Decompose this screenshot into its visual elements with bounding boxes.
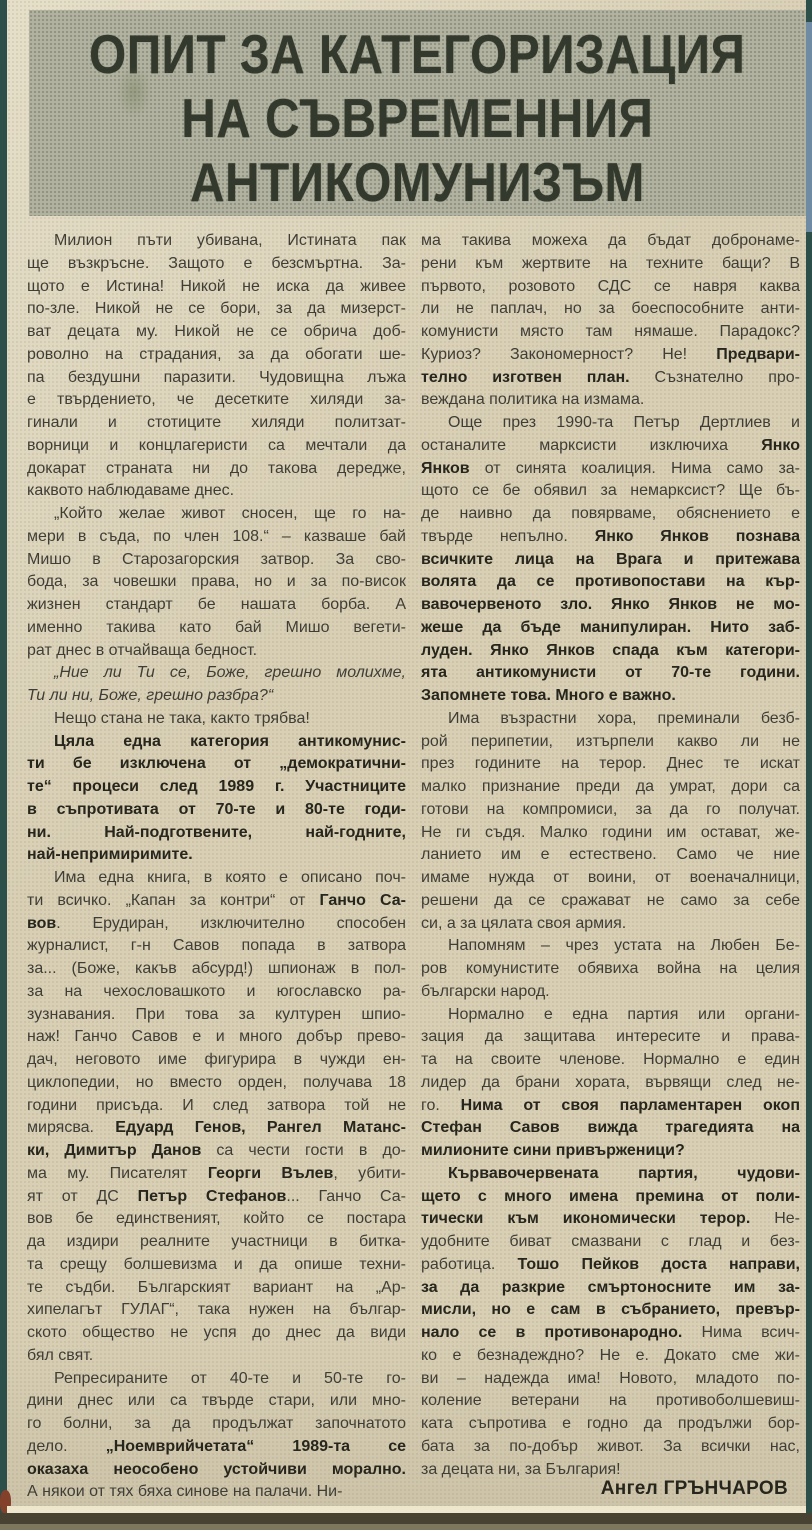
text-line: Нещо стана не така, както трябва! bbox=[27, 708, 406, 731]
text-line: първото, розовото СДС се навря каква bbox=[421, 276, 800, 299]
headline-line-2: НА СЪВРЕМЕННИЯ bbox=[181, 86, 653, 150]
text-line: твърде непълно. Янко Янков познава bbox=[421, 526, 800, 549]
text-line: те“ процеси след 1989 г. Участниците bbox=[27, 776, 406, 799]
text-line: мирясва. Едуард Генов, Рангел Матанс- bbox=[27, 1117, 406, 1140]
text-line: комунисти място там нямаше. Парадокс? bbox=[421, 321, 800, 344]
text-run: ят от ДС bbox=[27, 1188, 138, 1205]
emphasized-text-run: мисли, но е сам в събранието, превър- bbox=[421, 1301, 800, 1318]
text-line: останалите марксисти изключиха Янко bbox=[421, 435, 800, 458]
text-run: дело. bbox=[27, 1438, 106, 1455]
text-line: решени да се сражават не само за себе bbox=[421, 890, 800, 913]
text-line: веждана политика на измама. bbox=[421, 389, 800, 412]
article-column-right: ма такива можеха да бъдат добронаме-рени… bbox=[421, 230, 800, 1504]
text-run: за децата ни, за България! bbox=[421, 1461, 621, 1478]
text-line: Янков от синята коалиция. Нима само за- bbox=[421, 458, 800, 481]
adjacent-clipping-band bbox=[0, 1513, 812, 1524]
text-run: Не ги съдя. Малко години им остават, же- bbox=[421, 824, 800, 841]
text-line: мисли, но е сам в събранието, превър- bbox=[421, 1299, 800, 1322]
adjacent-clipping-band-light bbox=[0, 1524, 812, 1530]
text-run: вов бе единственият, който се постара bbox=[27, 1210, 406, 1227]
emphasized-text-run: Цяла една категория антикомунис- bbox=[54, 733, 406, 750]
text-line: дело. „Ноемврийчетата“ 1989-та се bbox=[27, 1436, 406, 1459]
text-line: па бездушни паразити. Чудовищна лъжа bbox=[27, 367, 406, 390]
text-run: останалите марксисти изключиха bbox=[421, 437, 761, 454]
text-run: лидер да брани хората, вървящи след не- bbox=[421, 1074, 800, 1091]
text-run: през годините на терор. Днес те искат bbox=[421, 755, 800, 772]
text-run: ви – надежда има! Новото, младото по- bbox=[421, 1370, 800, 1387]
text-line: бял свят. bbox=[27, 1345, 406, 1368]
text-line: де наивно да повярваме, обяснението е bbox=[421, 503, 800, 526]
text-line: щото се бе обявил за немарксист? Ще бъ- bbox=[421, 480, 800, 503]
text-line: рат днес в отчайваща бедност. bbox=[27, 640, 406, 663]
text-line: имаме нужда от воини, от военачалници, bbox=[421, 867, 800, 890]
emphasized-text-run: нало се в противонародно. bbox=[421, 1324, 702, 1341]
text-run: Напомням – чрез устата на Любен Бе- bbox=[448, 937, 800, 954]
text-line: ват децата му. Никой не се обрича доб- bbox=[27, 321, 406, 344]
text-line: рени към жертвите на техните бащи? В bbox=[421, 253, 800, 276]
text-run: ма му. Писателят bbox=[27, 1165, 208, 1182]
text-line: роволно на страдания, за да обогати ше- bbox=[27, 344, 406, 367]
ink-smudge bbox=[117, 66, 151, 118]
text-run: бода, за човешки права, но и за по-висок bbox=[27, 573, 406, 590]
text-run: , убити- bbox=[333, 1165, 406, 1182]
text-run: ват децата му. Никой не се обрича доб- bbox=[27, 323, 406, 340]
emphasized-text-run: Предвари- bbox=[716, 346, 800, 363]
text-line: Напомням – чрез устата на Любен Бе- bbox=[421, 935, 800, 958]
text-line: дач, неговото име фигурира в чужди ен- bbox=[27, 1049, 406, 1072]
text-line: Кървавочервената партия, чудови- bbox=[421, 1163, 800, 1186]
text-run: па бездушни паразити. Чудовищна лъжа bbox=[27, 369, 406, 386]
text-line: мери в съда, по член 108.“ – казваше бай bbox=[27, 526, 406, 549]
text-run: бата за по-добър живот. За всички нас, bbox=[421, 1438, 800, 1455]
text-run: „Ние ли Ти се, Боже, грешно молихме, bbox=[54, 664, 406, 681]
text-line: да издири реалните участници в битка- bbox=[27, 1231, 406, 1254]
emphasized-text-run: те“ процеси след 1989 г. Участниците bbox=[27, 778, 406, 795]
text-run: ли не паплач, но за боеспособните анти- bbox=[421, 300, 800, 317]
text-run: удобните биват смазвани с глад и без- bbox=[421, 1233, 800, 1250]
text-run: ланието им е естествено. Само че ние bbox=[421, 846, 800, 863]
text-line: Ти ли ни, Боже, грешно разбра?“ bbox=[27, 685, 406, 708]
text-run: ти всичко. „Капан за контри“ от bbox=[27, 892, 319, 909]
emphasized-text-run: Стефан Савов вижда трагедията на bbox=[421, 1119, 800, 1136]
text-run: ката съпротива е годно да продължи бор- bbox=[421, 1415, 800, 1432]
text-run: рат днес в отчайваща бедност. bbox=[27, 642, 257, 659]
text-line: по-зле. Никой не се бори, за да мизерст- bbox=[27, 298, 406, 321]
text-run: ворници и концлагеристи са мечтали да bbox=[27, 437, 406, 454]
text-run: ... Ганчо Са- bbox=[286, 1188, 406, 1205]
text-line: Цяла една категория антикомунис- bbox=[27, 731, 406, 754]
text-line: работица. Тошо Пейков доста направи, bbox=[421, 1254, 800, 1277]
text-run: роволно на страдания, за да обогати ше- bbox=[27, 346, 406, 363]
text-line: нало се в противонародно. Нима всич- bbox=[421, 1322, 800, 1345]
emphasized-text-run: ята антикомунисти от 70-те години. bbox=[421, 664, 800, 681]
text-run: гинали и стотиците хиляди политзат- bbox=[27, 414, 406, 431]
text-run: Репресираните от 40-те и 50-те го- bbox=[54, 1370, 406, 1387]
text-run: „Който желае живот сносен, ще го на- bbox=[54, 505, 406, 522]
text-line: ворници и концлагеристи са мечтали да bbox=[27, 435, 406, 458]
text-line: именно такива като бай Мишо вегети- bbox=[27, 617, 406, 640]
text-line: рой перипетии, изтърпели какво ли не bbox=[421, 731, 800, 754]
text-line: Куриоз? Закономерност? Не! Предвари- bbox=[421, 344, 800, 367]
text-line: коление ветерани на противоболшевиш- bbox=[421, 1390, 800, 1413]
text-line: докарат страната ни до такова дередже, bbox=[27, 458, 406, 481]
text-run: ко е безнадеждно? Не е. Докато сме жи- bbox=[421, 1347, 800, 1364]
emphasized-text-run: в съпротивата от 70-те и 80-те годи- bbox=[27, 801, 406, 818]
text-run: дач, неговото име фигурира в чужди ен- bbox=[27, 1051, 406, 1068]
text-line: щото е Истина! Никой не иска да живее bbox=[27, 276, 406, 299]
text-line: А някои от тях бяха синове на палачи. Ни… bbox=[27, 1481, 406, 1504]
headline-line-1: ОПИТ ЗА КАТЕГОРИЗАЦИЯ bbox=[89, 22, 745, 86]
text-line: волята да се противопостави на кър- bbox=[421, 571, 800, 594]
text-line: телно изготвен план. Съзнателно про- bbox=[421, 367, 800, 390]
text-run: го болни, за да продължат започнатото bbox=[27, 1415, 406, 1432]
text-line: вов. Ерудиран, изключително способен bbox=[27, 913, 406, 936]
text-line: години присъда. И след затвора той не bbox=[27, 1095, 406, 1118]
text-run: бял свят. bbox=[27, 1347, 93, 1364]
text-line: ята антикомунисти от 70-те години. bbox=[421, 662, 800, 685]
text-run: веждана политика на измама. bbox=[421, 391, 644, 408]
emphasized-text-run: за да разкрие смъртоносните им за- bbox=[421, 1279, 800, 1296]
emphasized-text-run: ни. Най-подготвените, най-годните, bbox=[27, 824, 406, 841]
text-line: през годините на терор. Днес те искат bbox=[421, 753, 800, 776]
text-run: ма такива можеха да бъдат добронаме- bbox=[421, 232, 800, 249]
text-line: ма му. Писателят Георги Вълев, убити- bbox=[27, 1163, 406, 1186]
text-line: ров комунистите обявиха война на целия bbox=[421, 958, 800, 981]
text-line: „Ние ли Ти се, Боже, грешно молихме, bbox=[27, 662, 406, 685]
scan-background-edge bbox=[805, 22, 812, 232]
text-line: милионите сини привърженици? bbox=[421, 1140, 800, 1163]
text-run: Милион пъти убивана, Истината пак bbox=[54, 232, 406, 249]
text-run: ще възкръсне. Защото е безсмъртна. За- bbox=[27, 255, 406, 272]
emphasized-text-run: тически към икономически терор. bbox=[421, 1210, 774, 1227]
text-line: зузнавания. При това за културен шпио- bbox=[27, 1004, 406, 1027]
text-run: щото е Истина! Никой не иска да живее bbox=[27, 278, 406, 295]
text-line: български народ. bbox=[421, 981, 800, 1004]
text-run: от синята коалиция. Нима само за- bbox=[485, 460, 800, 477]
text-line: Милион пъти убивана, Истината пак bbox=[27, 230, 406, 253]
text-run: . Ерудиран, изключително способен bbox=[56, 915, 406, 932]
text-run: де наивно да повярваме, обяснението е bbox=[421, 505, 800, 522]
emphasized-text-run: всичките лица на Врага и притежава bbox=[421, 551, 800, 568]
text-run: Нещо стана не така, както трябва! bbox=[54, 710, 310, 727]
text-line: журналист, г-н Савов попада в затвора bbox=[27, 935, 406, 958]
text-run: щото се бе обявил за немарксист? Ще бъ- bbox=[421, 482, 800, 499]
text-run: за... (Боже, какъв абсурд!) шпионаж в по… bbox=[27, 960, 406, 977]
text-line: в съпротивата от 70-те и 80-те годи- bbox=[27, 799, 406, 822]
emphasized-text-run: Запомнете това. Много е важно. bbox=[421, 687, 676, 704]
text-line: го. Нима от своя парламентарен окоп bbox=[421, 1095, 800, 1118]
text-run: години присъда. И след затвора той не bbox=[27, 1097, 406, 1114]
text-line: ще възкръсне. Защото е безсмъртна. За- bbox=[27, 253, 406, 276]
emphasized-text-run: луден. Янко Янков спада към категори- bbox=[421, 642, 800, 659]
text-line: най-непримиримите. bbox=[27, 844, 406, 867]
text-run: журналист, г-н Савов попада в затвора bbox=[27, 937, 406, 954]
text-run: Има една книга, в която е описано поч- bbox=[54, 869, 406, 886]
text-line: оказаха неособено устойчиви морално. bbox=[27, 1459, 406, 1482]
text-line: бата за по-добър живот. За всички нас, bbox=[421, 1436, 800, 1459]
text-run: циклопедии, но вместо орден, получава 18 bbox=[27, 1074, 406, 1091]
text-line: бода, за човешки права, но и за по-висок bbox=[27, 571, 406, 594]
text-line: за да разкрие смъртоносните им за- bbox=[421, 1277, 800, 1300]
text-run: работица. bbox=[421, 1256, 518, 1273]
text-run: Мишо в Старозагорския затвор. За сво- bbox=[27, 551, 406, 568]
text-run: рой перипетии, изтърпели какво ли не bbox=[421, 733, 800, 750]
text-line: за... (Боже, какъв абсурд!) шпионаж в по… bbox=[27, 958, 406, 981]
text-run: хипелагът ГУЛАГ“, така нужен на българ- bbox=[27, 1301, 406, 1318]
text-line: дини днес или са твърде стари, или мно- bbox=[27, 1390, 406, 1413]
emphasized-text-run: волята да се противопостави на кър- bbox=[421, 573, 800, 590]
text-line: готови на компромиси, за да го получат. bbox=[421, 799, 800, 822]
text-run: малко признание преди да умрат, дори са bbox=[421, 778, 800, 795]
emphasized-text-run: телно изготвен план. bbox=[421, 369, 654, 386]
text-line: ни. Най-подготвените, най-годните, bbox=[27, 822, 406, 845]
text-line: Мишо в Старозагорския затвор. За сво- bbox=[27, 549, 406, 572]
text-run: имаме нужда от воини, от военачалници, bbox=[421, 869, 800, 886]
text-line: Запомнете това. Много е важно. bbox=[421, 685, 800, 708]
emphasized-text-run: Ганчо Са- bbox=[319, 892, 406, 909]
text-line: та на своите членове. Нормално е един bbox=[421, 1049, 800, 1072]
text-run: готови на компромиси, за да го получат. bbox=[421, 801, 800, 818]
text-line: Репресираните от 40-те и 50-те го- bbox=[27, 1368, 406, 1391]
text-line: тически към икономически терор. Не- bbox=[421, 1208, 800, 1231]
text-run: мирясва. bbox=[27, 1119, 115, 1136]
text-run: зузнавания. При това за културен шпио- bbox=[27, 1006, 406, 1023]
text-line: Не ги съдя. Малко години им остават, же- bbox=[421, 822, 800, 845]
text-run: Още през 1990-та Петър Дертлиев и bbox=[448, 414, 800, 431]
text-line: зация да защитава интересите и права- bbox=[421, 1026, 800, 1049]
text-line: ки, Димитър Данов са чести гости в до- bbox=[27, 1140, 406, 1163]
text-run: мери в съда, по член 108.“ – казваше бай bbox=[27, 528, 406, 545]
emphasized-text-run: Янко bbox=[761, 437, 800, 454]
text-run: А някои от тях бяха синове на палачи. Ни… bbox=[27, 1483, 342, 1500]
text-line: гинали и стотиците хиляди политзат- bbox=[27, 412, 406, 435]
article-body: Милион пъти убивана, Истината пакще възк… bbox=[27, 230, 800, 1504]
text-run: ското общество не успя до днес да види bbox=[27, 1324, 406, 1341]
text-run: рени към жертвите на техните бащи? В bbox=[421, 255, 800, 272]
text-line: за на чехословашкото и югославско ра- bbox=[27, 981, 406, 1004]
text-line: та срещу болшевизма и да опише техни- bbox=[27, 1254, 406, 1277]
text-run: Нормално е една партия или органи- bbox=[448, 1006, 800, 1023]
clipping-bottom-edge bbox=[7, 1506, 806, 1513]
text-line: ти бе изключена от „демократични- bbox=[27, 753, 406, 776]
text-run: Ти ли ни, Боже, грешно разбра?“ bbox=[27, 687, 273, 704]
text-run: та на своите членове. Нормално е един bbox=[421, 1051, 800, 1068]
text-line: малко признание преди да умрат, дори са bbox=[421, 776, 800, 799]
author-byline: Ангел ГРЪНЧАРОВ bbox=[601, 1478, 788, 1500]
text-run: коление ветерани на противоболшевиш- bbox=[421, 1392, 800, 1409]
headline-line-3: АНТИКОМУНИЗЪМ bbox=[190, 150, 645, 214]
text-line: вов бе единственият, който се постара bbox=[27, 1208, 406, 1231]
text-run: са чести гости в до- bbox=[216, 1142, 406, 1159]
text-line: вавочервеното зло. Янко Янков не мо- bbox=[421, 594, 800, 617]
emphasized-text-run: милионите сини привърженици? bbox=[421, 1142, 685, 1159]
emphasized-text-run: ти бе изключена от „демократични- bbox=[27, 755, 406, 772]
text-run: те съдби. Българският вариант на „Ар- bbox=[27, 1279, 406, 1296]
text-run: български народ. bbox=[421, 983, 550, 1000]
text-run: комунисти място там нямаше. Парадокс? bbox=[421, 323, 800, 340]
text-run: наж! Ганчо Савов е и много добър прево- bbox=[27, 1028, 406, 1045]
text-line: жизнен стандарт бе нашата борба. А bbox=[27, 594, 406, 617]
emphasized-text-run: Янков bbox=[421, 460, 485, 477]
text-line: Стефан Савов вижда трагедията на bbox=[421, 1117, 800, 1140]
text-run: зация да защитава интересите и права- bbox=[421, 1028, 800, 1045]
emphasized-text-run: щето с много имена премина от поли- bbox=[421, 1188, 800, 1205]
text-line: „Който желае живот сносен, ще го на- bbox=[27, 503, 406, 526]
text-run: да издири реалните участници в битка- bbox=[27, 1233, 406, 1250]
text-line: всичките лица на Врага и притежава bbox=[421, 549, 800, 572]
text-line: ко е безнадеждно? Не е. Докато сме жи- bbox=[421, 1345, 800, 1368]
text-run: си, а за цялата своя армия. bbox=[421, 915, 626, 932]
text-line: ят от ДС Петър Стефанов... Ганчо Са- bbox=[27, 1186, 406, 1209]
text-run: дини днес или са твърде стари, или мно- bbox=[27, 1392, 406, 1409]
text-line: циклопедии, но вместо орден, получава 18 bbox=[27, 1072, 406, 1095]
newspaper-clipping: ОПИТ ЗА КАТЕГОРИЗАЦИЯ НА СЪВРЕМЕННИЯ АНТ… bbox=[7, 0, 806, 1508]
text-run: каквото наблюдаваме днес. bbox=[27, 482, 234, 499]
text-line: удобните биват смазвани с глад и без- bbox=[421, 1231, 800, 1254]
text-run: Съзнателно про- bbox=[654, 369, 800, 386]
text-line: те съдби. Българският вариант на „Ар- bbox=[27, 1277, 406, 1300]
emphasized-text-run: Кървавочервената партия, чудови- bbox=[448, 1165, 800, 1182]
text-line: Има една книга, в която е описано поч- bbox=[27, 867, 406, 890]
text-run: докарат страната ни до такова дередже, bbox=[27, 460, 406, 477]
emphasized-text-run: ки, Димитър Данов bbox=[27, 1142, 216, 1159]
emphasized-text-run: Тошо Пейков доста направи, bbox=[518, 1256, 800, 1273]
text-line: е твърдението, че десетките хиляди за- bbox=[27, 389, 406, 412]
text-line: ското общество не успя до днес да види bbox=[27, 1322, 406, 1345]
text-line: си, а за цялата своя армия. bbox=[421, 913, 800, 936]
emphasized-text-run: най-непримиримите. bbox=[27, 846, 193, 863]
text-run: Куриоз? Закономерност? Не! bbox=[421, 346, 716, 363]
text-line: каквото наблюдаваме днес. bbox=[27, 480, 406, 503]
text-line: ли не паплач, но за боеспособните анти- bbox=[421, 298, 800, 321]
text-line: луден. Янко Янков спада към категори- bbox=[421, 640, 800, 663]
text-run: ров комунистите обявиха война на целия bbox=[421, 960, 800, 977]
text-run: го. bbox=[421, 1097, 461, 1114]
text-run: Не- bbox=[774, 1210, 800, 1227]
text-line: хипелагът ГУЛАГ“, така нужен на българ- bbox=[27, 1299, 406, 1322]
scanned-newspaper-page: { "clipping": { "headline_lines": ["ОПИТ… bbox=[0, 0, 812, 1530]
text-line: Нормално е една партия или органи- bbox=[421, 1004, 800, 1027]
emphasized-text-run: Едуард Генов, Рангел Матанс- bbox=[115, 1119, 406, 1136]
text-line: ланието им е естествено. Само че ние bbox=[421, 844, 800, 867]
text-line: го болни, за да продължат започнатото bbox=[27, 1413, 406, 1436]
text-run: за на чехословашкото и югославско ра- bbox=[27, 983, 406, 1000]
text-run: решени да се сражават не само за себе bbox=[421, 892, 800, 909]
text-line: Още през 1990-та Петър Дертлиев и bbox=[421, 412, 800, 435]
emphasized-text-run: вавочервеното зло. Янко Янков не мо- bbox=[421, 596, 800, 613]
emphasized-text-run: „Ноемврийчетата“ 1989-та се bbox=[106, 1438, 406, 1455]
text-run: твърде непълно. bbox=[421, 528, 595, 545]
text-run: първото, розовото СДС се навря каква bbox=[421, 278, 800, 295]
emphasized-text-run: Нима от своя парламентарен окоп bbox=[461, 1097, 800, 1114]
emphasized-text-run: Георги Вълев bbox=[208, 1165, 333, 1182]
emphasized-text-run: Янко Янков познава bbox=[595, 528, 800, 545]
text-line: ти всичко. „Капан за контри“ от Ганчо Са… bbox=[27, 890, 406, 913]
emphasized-text-run: жеше да бъде манипулиран. Нито заб- bbox=[421, 619, 800, 636]
text-line: наж! Ганчо Савов е и много добър прево- bbox=[27, 1026, 406, 1049]
text-line: лидер да брани хората, вървящи след не- bbox=[421, 1072, 800, 1095]
text-run: жизнен стандарт бе нашата борба. А bbox=[27, 596, 406, 613]
article-column-left: Милион пъти убивана, Истината пакще възк… bbox=[27, 230, 406, 1504]
text-line: Има възрастни хора, преминали безб- bbox=[421, 708, 800, 731]
text-run: Нима всич- bbox=[702, 1324, 801, 1341]
text-line: щето с много имена премина от поли- bbox=[421, 1186, 800, 1209]
text-line: жеше да бъде манипулиран. Нито заб- bbox=[421, 617, 800, 640]
text-line: ката съпротива е годно да продължи бор- bbox=[421, 1413, 800, 1436]
text-run: именно такива като бай Мишо вегети- bbox=[27, 619, 406, 636]
text-line: ма такива можеха да бъдат добронаме- bbox=[421, 230, 800, 253]
text-run: Има възрастни хора, преминали безб- bbox=[448, 710, 800, 727]
text-run: е твърдението, че десетките хиляди за- bbox=[27, 391, 406, 408]
emphasized-text-run: Петър Стефанов bbox=[138, 1188, 287, 1205]
emphasized-text-run: вов bbox=[27, 915, 56, 932]
text-run: та срещу болшевизма и да опише техни- bbox=[27, 1256, 406, 1273]
text-line: ви – надежда има! Новото, младото по- bbox=[421, 1368, 800, 1391]
text-run: по-зле. Никой не се бори, за да мизерст- bbox=[27, 300, 406, 317]
emphasized-text-run: оказаха неособено устойчиви морално. bbox=[27, 1461, 406, 1478]
